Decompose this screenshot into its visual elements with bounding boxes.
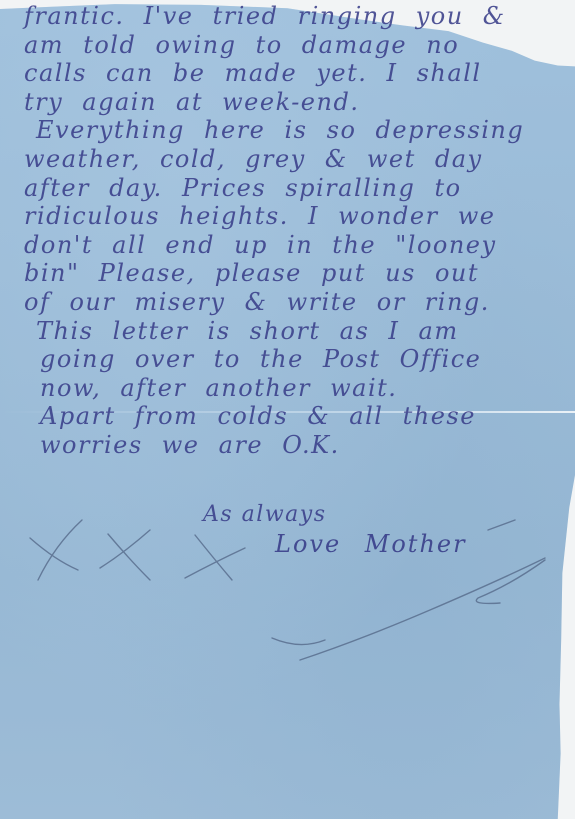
letter-line: bin" Please, please put us out [24,259,564,288]
letter-line: Everything here is so depressing [24,116,564,145]
letter-line: after day. Prices spiralling to [24,174,564,203]
letter-line: now, after another wait. [24,374,564,403]
letter-closing: As always [203,502,327,527]
letter-line: ridiculous heights. I wonder we [24,202,564,231]
letter-line: don't all end up in the "looney [24,231,564,260]
letter-signature: Love Mother [275,530,467,558]
letter-line: going over to the Post Office [24,345,564,374]
letter-line: of our misery & write or ring. [24,288,564,317]
letter-line: worries we are O.K. [24,431,564,460]
letter-line: frantic. I've tried ringing you & [24,2,564,31]
letter-line: This letter is short as I am [24,317,564,346]
letter-body: frantic. I've tried ringing you & am tol… [24,2,564,460]
letter-line: weather, cold, grey & wet day [24,145,564,174]
letter-line: try again at week-end. [24,88,564,117]
letter-line: calls can be made yet. I shall [24,59,564,88]
letter-page: frantic. I've tried ringing you & am tol… [0,0,575,819]
letter-line: Apart from colds & all these [24,402,564,431]
letter-line: am told owing to damage no [24,31,564,60]
